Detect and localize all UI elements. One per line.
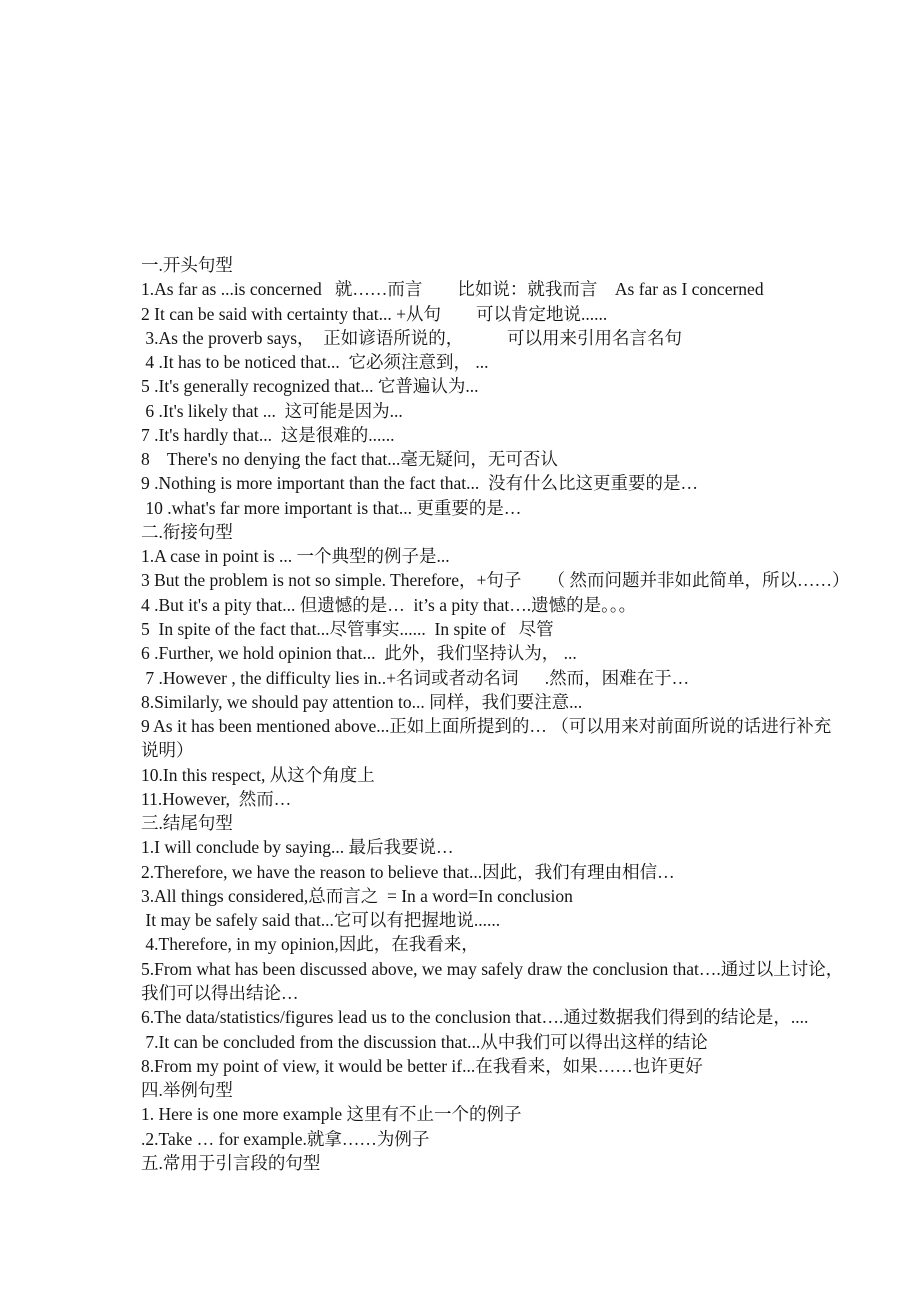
text-line: 7.It can be concluded from the discussio… <box>141 1030 841 1054</box>
text-line: 3.All things considered,总而言之 = In a word… <box>141 884 841 908</box>
text-line: 说明） <box>141 738 841 762</box>
text-line: 2 It can be said with certainty that... … <box>141 302 841 326</box>
text-line: 9 .Nothing is more important than the fa… <box>141 471 841 495</box>
text-line: 7 .However , the difficulty lies in..+名词… <box>141 666 841 690</box>
text-line: 4 .But it's a pity that... 但遗憾的是… it’s a… <box>141 593 841 617</box>
text-line: 4.Therefore, in my opinion,因此，在我看来， <box>141 932 841 956</box>
document-page: 一.开头句型1.As far as ...is concerned 就……而言 … <box>0 0 920 1302</box>
text-line: 5 .It's generally recognized that... 它普遍… <box>141 374 841 398</box>
text-line: 我们可以得出结论… <box>141 981 841 1005</box>
text-line: 1.I will conclude by saying... 最后我要说… <box>141 835 841 859</box>
text-line: 1.A case in point is ... 一个典型的例子是... <box>141 544 841 568</box>
text-line: 1. Here is one more example 这里有不止一个的例子 <box>141 1102 841 1126</box>
text-line: 10 .what's far more important is that...… <box>141 496 841 520</box>
text-line: .2.Take … for example.就拿……为例子 <box>141 1127 841 1151</box>
section-heading: 四.举例句型 <box>141 1078 841 1102</box>
section-heading: 五.常用于引言段的句型 <box>141 1151 841 1175</box>
text-line: 5.From what has been discussed above, we… <box>141 957 841 981</box>
text-line: 8.Similarly, we should pay attention to.… <box>141 690 841 714</box>
text-line: 1.As far as ...is concerned 就……而言 比如说：就我… <box>141 277 841 301</box>
text-line: 7 .It's hardly that... 这是很难的...... <box>141 423 841 447</box>
text-line: 10.In this respect, 从这个角度上 <box>141 763 841 787</box>
text-line: 8 There's no denying the fact that...毫无疑… <box>141 447 841 471</box>
text-line: 3 But the problem is not so simple. Ther… <box>141 568 841 592</box>
text-line: 4 .It has to be noticed that... 它必须注意到， … <box>141 350 841 374</box>
text-line: 11.However, 然而… <box>141 787 841 811</box>
document-body: 一.开头句型1.As far as ...is concerned 就……而言 … <box>141 253 841 1175</box>
section-heading: 二.衔接句型 <box>141 520 841 544</box>
text-line: 2.Therefore, we have the reason to belie… <box>141 860 841 884</box>
section-heading: 一.开头句型 <box>141 253 841 277</box>
text-line: 9 As it has been mentioned above...正如上面所… <box>141 714 841 738</box>
section-heading: 三.结尾句型 <box>141 811 841 835</box>
text-line: 6 .Further, we hold opinion that... 此外，我… <box>141 641 841 665</box>
text-line: 6.The data/statistics/figures lead us to… <box>141 1005 841 1029</box>
text-line: It may be safely said that...它可以有把握地说...… <box>141 908 841 932</box>
text-line: 5 In spite of the fact that...尽管事实......… <box>141 617 841 641</box>
text-line: 6 .It's likely that ... 这可能是因为... <box>141 399 841 423</box>
text-line: 8.From my point of view, it would be bet… <box>141 1054 841 1078</box>
text-line: 3.As the proverb says， 正如谚语所说的， 可以用来引用名言… <box>141 326 841 350</box>
